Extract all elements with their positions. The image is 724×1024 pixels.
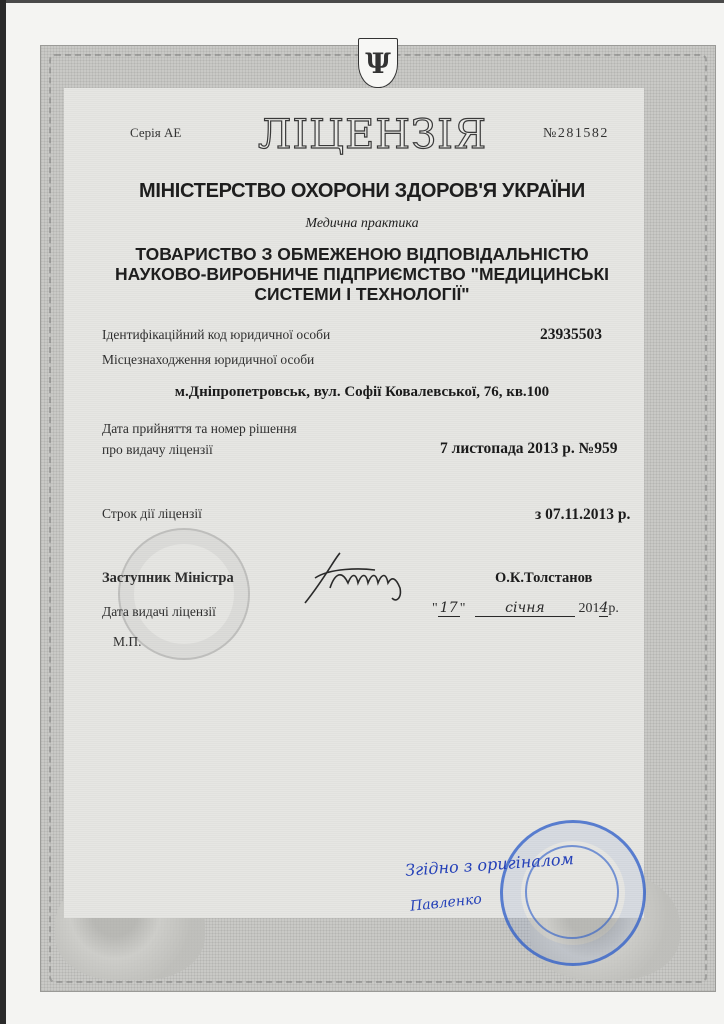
- document-title: ЛІЦЕНЗІЯ: [258, 112, 487, 158]
- organization-line: НАУКОВО-ВИРОБНИЧЕ ПІДПРИЄМСТВО "МЕДИЦИНС…: [0, 264, 724, 284]
- issue-month: січня: [475, 600, 575, 617]
- issue-day: 17: [438, 600, 460, 617]
- scan-top-edge: [0, 0, 724, 3]
- license-number: №281582: [543, 126, 609, 142]
- issue-date-label: Дата видачі ліцензії: [102, 604, 216, 620]
- term-value: з 07.11.2013 р.: [535, 506, 630, 524]
- location-label: Місцезнаходження юридичної особи: [102, 352, 314, 368]
- quote-close: ": [460, 601, 466, 616]
- id-code-label: Ідентифікаційний код юридичної особи: [102, 327, 330, 343]
- decision-label-line1: Дата прийняття та номер рішення: [102, 421, 297, 437]
- company-stamp: [500, 820, 646, 966]
- decision-label-line2: про видачу ліцензії: [102, 442, 213, 458]
- seal-place-label: М.П.: [113, 634, 142, 650]
- deputy-minister-label: Заступник Міністра: [102, 570, 234, 587]
- issue-year-suffix: р.: [608, 601, 619, 616]
- document-body: [64, 88, 644, 918]
- scan-left-edge: [0, 0, 6, 1024]
- ukraine-trident-icon: Ψ: [358, 38, 398, 88]
- series-label: Серія АЕ: [130, 125, 181, 141]
- id-code-value: 23935503: [540, 326, 602, 344]
- minister-signature: [300, 548, 430, 613]
- term-label: Строк дії ліцензії: [102, 506, 202, 522]
- organization-line: СИСТЕМИ І ТЕХНОЛОГІЇ": [0, 284, 724, 304]
- deputy-minister-name: О.К.Толстанов: [495, 570, 592, 587]
- activity-type: Медична практика: [0, 216, 724, 232]
- decision-value: 7 листопада 2013 р. №959: [440, 440, 618, 458]
- issue-date-value: "17" січня 2014р.: [432, 600, 619, 617]
- organization-line: ТОВАРИСТВО З ОБМЕЖЕНОЮ ВІДПОВІДАЛЬНІСТЮ: [0, 244, 724, 264]
- location-value: м.Дніпропетровськ, вул. Софії Ковалевськ…: [0, 384, 724, 401]
- issue-year-prefix: 201: [578, 601, 599, 616]
- issuing-ministry: МІНІСТЕРСТВО ОХОРОНИ ЗДОРОВ'Я УКРАЇНИ: [0, 180, 724, 203]
- organization-name: ТОВАРИСТВО З ОБМЕЖЕНОЮ ВІДПОВІДАЛЬНІСТЮ …: [0, 244, 724, 304]
